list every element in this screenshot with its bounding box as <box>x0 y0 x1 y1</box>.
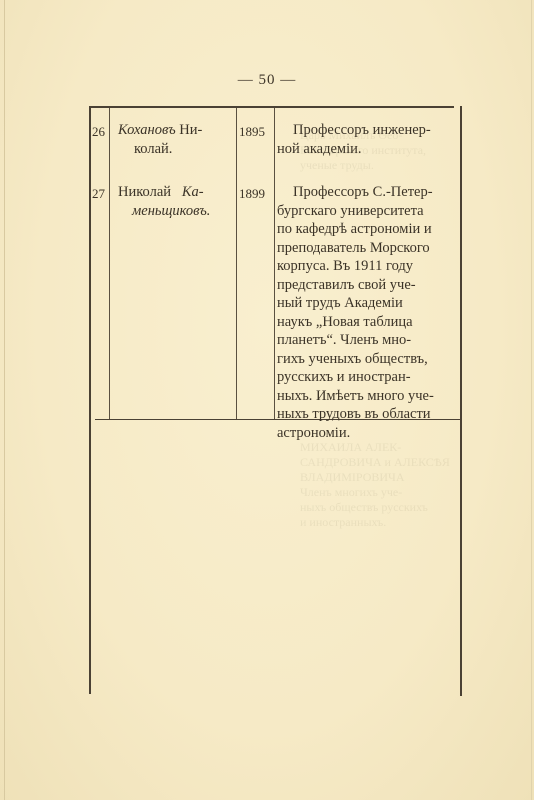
row-index: 27 <box>92 185 105 204</box>
page-number: — 50 — <box>0 72 534 89</box>
given-name-part: колай. <box>134 141 172 157</box>
page-edge <box>4 0 5 800</box>
row-description: Профессоръ инженер- ной академіи. <box>277 121 457 158</box>
description-line: Профессоръ С.-Петер- <box>277 183 457 202</box>
name-line: Николай Ка- <box>118 183 234 202</box>
table-right-border <box>460 106 462 696</box>
column-divider-name <box>236 108 237 419</box>
name-line: меньщиковъ. <box>118 202 234 221</box>
show-through-text: МИХАИЛА АЛЕК-САНДРОВИЧА и АЛЕКСѢЯВЛАДИМІ… <box>300 440 450 530</box>
document-page: Царь Михаилъ Ѳео-Бѣлозерскаго института,… <box>0 0 534 800</box>
description-line: наукъ „Новая таблица <box>277 313 457 332</box>
table-top-rule <box>89 106 454 108</box>
row-year: 1895 <box>239 123 265 142</box>
description-line: Профессоръ инженер- <box>277 121 457 140</box>
surname: Кохановъ <box>118 122 176 138</box>
description-line: русскихъ и иностран- <box>277 368 457 387</box>
description-line: ный трудъ Академіи <box>277 294 457 313</box>
table-left-border <box>89 106 91 694</box>
description-line: корпуса. Въ 1911 году <box>277 257 457 276</box>
row-name: Николай Ка- меньщиковъ. <box>118 183 234 220</box>
description-line: ныхъ трудовъ въ области <box>277 405 457 424</box>
column-divider-year <box>274 108 275 419</box>
description-line: планетъ“. Членъ мно- <box>277 331 457 350</box>
description-line: гихъ ученыхъ обществъ, <box>277 350 457 369</box>
row-description: Профессоръ С.-Петер- бургскаго университ… <box>277 183 457 442</box>
description-line: ныхъ. Имѣетъ много уче- <box>277 387 457 406</box>
description-line: астрономіи. <box>277 424 457 443</box>
row-index: 26 <box>92 123 105 142</box>
name-line: Кохановъ Ни- <box>118 121 234 140</box>
description-line: бургскаго университета <box>277 202 457 221</box>
row-name: Кохановъ Ни- колай. <box>118 121 234 158</box>
description-line: ной академіи. <box>277 140 457 159</box>
description-line: по кафедрѣ астрономіи и <box>277 220 457 239</box>
given-name-part: Ни- <box>176 122 203 138</box>
description-line: преподаватель Морского <box>277 239 457 258</box>
name-line: колай. <box>118 140 234 159</box>
row-year: 1899 <box>239 185 265 204</box>
given-name-part: Николай <box>118 184 175 200</box>
column-divider-index <box>109 108 110 419</box>
description-line: представилъ свой уче- <box>277 276 457 295</box>
page-edge <box>531 0 532 800</box>
surname-part: Ка- <box>182 184 204 200</box>
surname-part: меньщиковъ. <box>132 203 210 219</box>
